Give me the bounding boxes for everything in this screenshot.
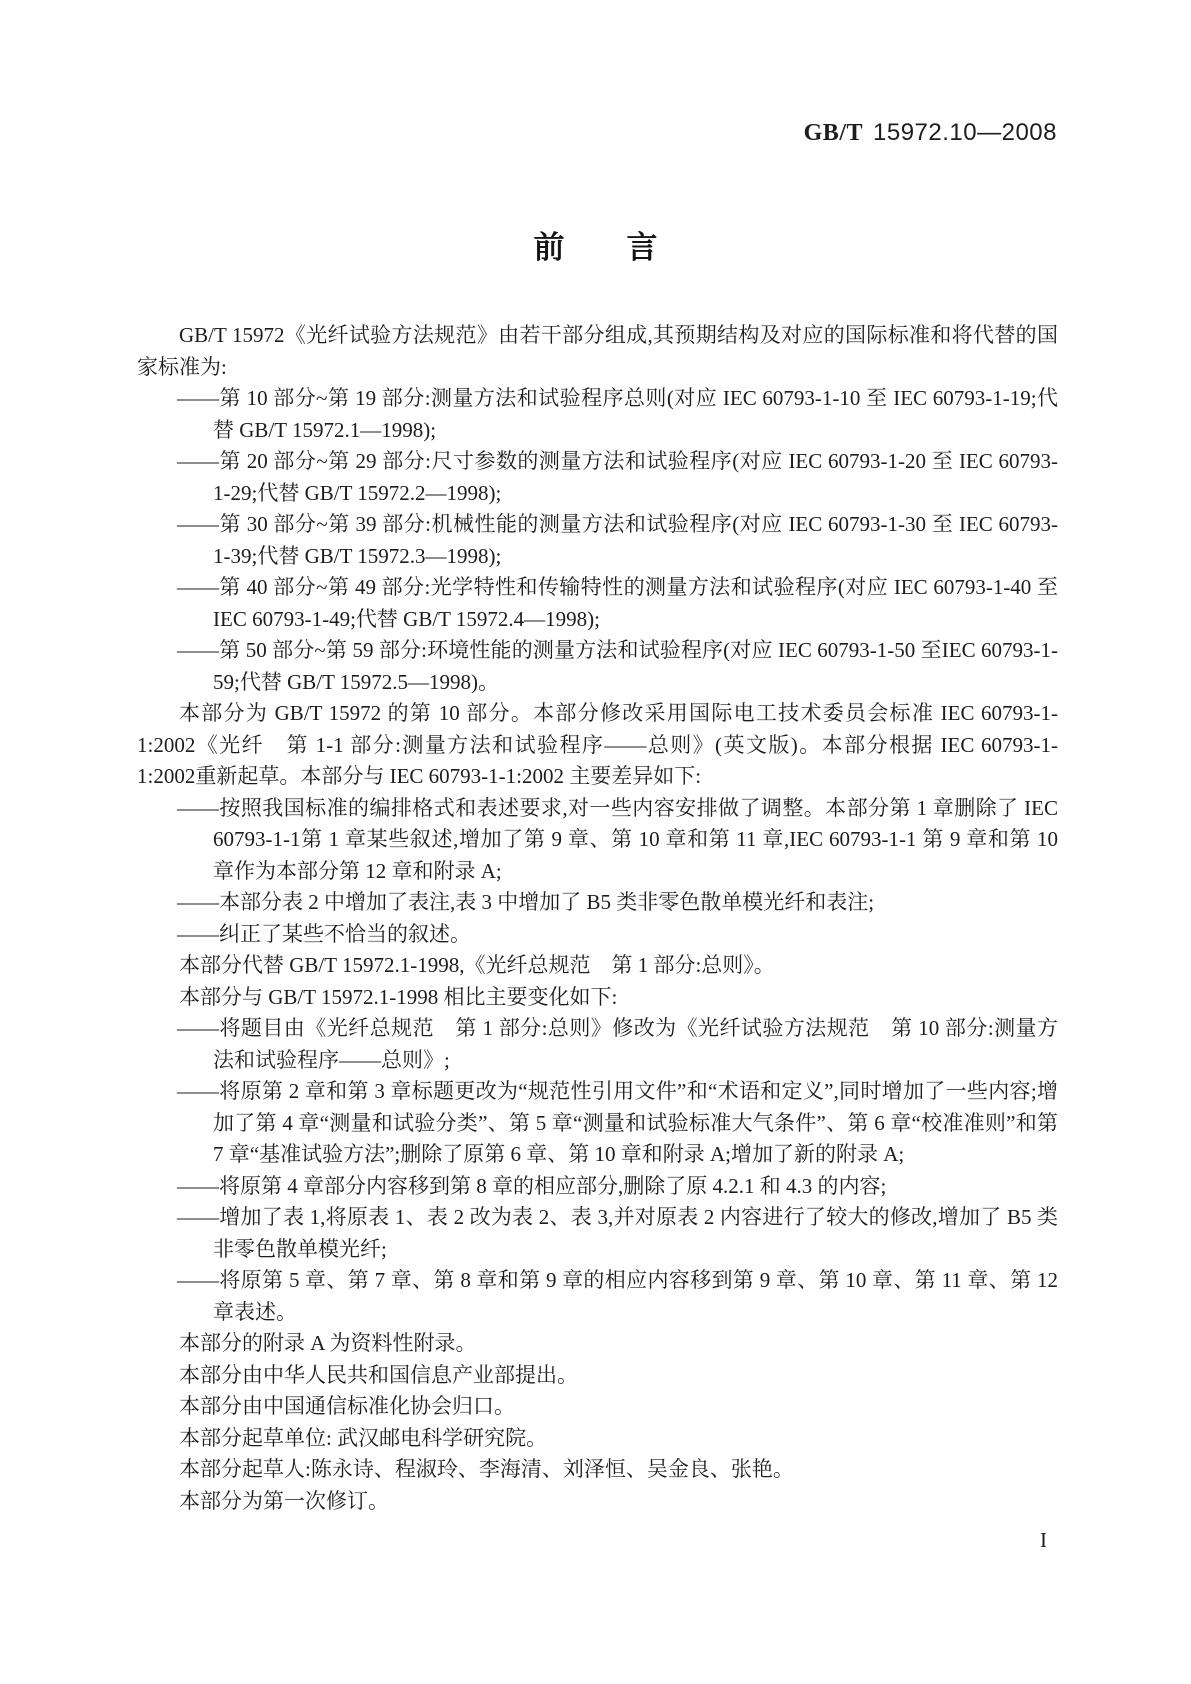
paragraph: 本部分由中华人民共和国信息产业部提出。 — [137, 1360, 1058, 1392]
list-item: ——增加了表 1,将原表 1、表 2 改为表 2、表 3,并对原表 2 内容进行… — [137, 1202, 1058, 1265]
paragraph: 本部分起草人:陈永诗、程淑玲、李海清、刘泽恒、吴金良、张艳。 — [137, 1454, 1058, 1486]
document-page: GB/T15972.10—2008 前 言 GB/T 15972《光纤试验方法规… — [0, 0, 1191, 1684]
page-title: 前 言 — [0, 222, 1191, 267]
paragraph: 本部分的附录 A 为资料性附录。 — [137, 1328, 1058, 1360]
paragraph: 本部分代替 GB/T 15972.1-1998,《光纤总规范 第 1 部分:总则… — [137, 950, 1058, 982]
list-item: ——按照我国标准的编排格式和表述要求,对一些内容安排做了调整。本部分第 1 章删… — [137, 793, 1058, 888]
list-item: ——将原第 5 章、第 7 章、第 8 章和第 9 章的相应内容移到第 9 章、… — [137, 1265, 1058, 1328]
paragraph: 本部分起草单位: 武汉邮电科学研究院。 — [137, 1423, 1058, 1455]
list-item: ——纠正了某些不恰当的叙述。 — [137, 919, 1058, 951]
paragraph: 本部分与 GB/T 15972.1-1998 相比主要变化如下: — [137, 982, 1058, 1014]
paragraph: 本部分由中国通信标准化协会归口。 — [137, 1391, 1058, 1423]
paragraph: 本部分为 GB/T 15972 的第 10 部分。本部分修改采用国际电工技术委员… — [137, 698, 1058, 793]
standard-code-prefix: GB/T — [804, 120, 863, 146]
list-item: ——本部分表 2 中增加了表注,表 3 中增加了 B5 类非零色散单模光纤和表注… — [137, 887, 1058, 919]
list-item: ——第 40 部分~第 49 部分:光学特性和传输特性的测量方法和试验程序(对应… — [137, 572, 1058, 635]
list-item: ——将题目由《光纤总规范 第 1 部分:总则》修改为《光纤试验方法规范 第 10… — [137, 1013, 1058, 1076]
list-item: ——第 10 部分~第 19 部分:测量方法和试验程序总则(对应 IEC 607… — [137, 383, 1058, 446]
list-item: ——第 20 部分~第 29 部分:尺寸参数的测量方法和试验程序(对应 IEC … — [137, 446, 1058, 509]
list-item: ——第 50 部分~第 59 部分:环境性能的测量方法和试验程序(对应 IEC … — [137, 635, 1058, 698]
standard-code-number: 15972.10—2008 — [873, 119, 1057, 146]
page-number: I — [1040, 1528, 1047, 1553]
list-item: ——将原第 2 章和第 3 章标题更改为“规范性引用文件”和“术语和定义”,同时… — [137, 1076, 1058, 1171]
standard-code: GB/T15972.10—2008 — [804, 119, 1057, 147]
paragraph: GB/T 15972《光纤试验方法规范》由若干部分组成,其预期结构及对应的国际标… — [137, 320, 1058, 383]
paragraph: 本部分为第一次修订。 — [137, 1486, 1058, 1518]
list-item: ——第 30 部分~第 39 部分:机械性能的测量方法和试验程序(对应 IEC … — [137, 509, 1058, 572]
list-item: ——将原第 4 章部分内容移到第 8 章的相应部分,删除了原 4.2.1 和 4… — [137, 1171, 1058, 1203]
document-body: GB/T 15972《光纤试验方法规范》由若干部分组成,其预期结构及对应的国际标… — [137, 320, 1058, 1517]
